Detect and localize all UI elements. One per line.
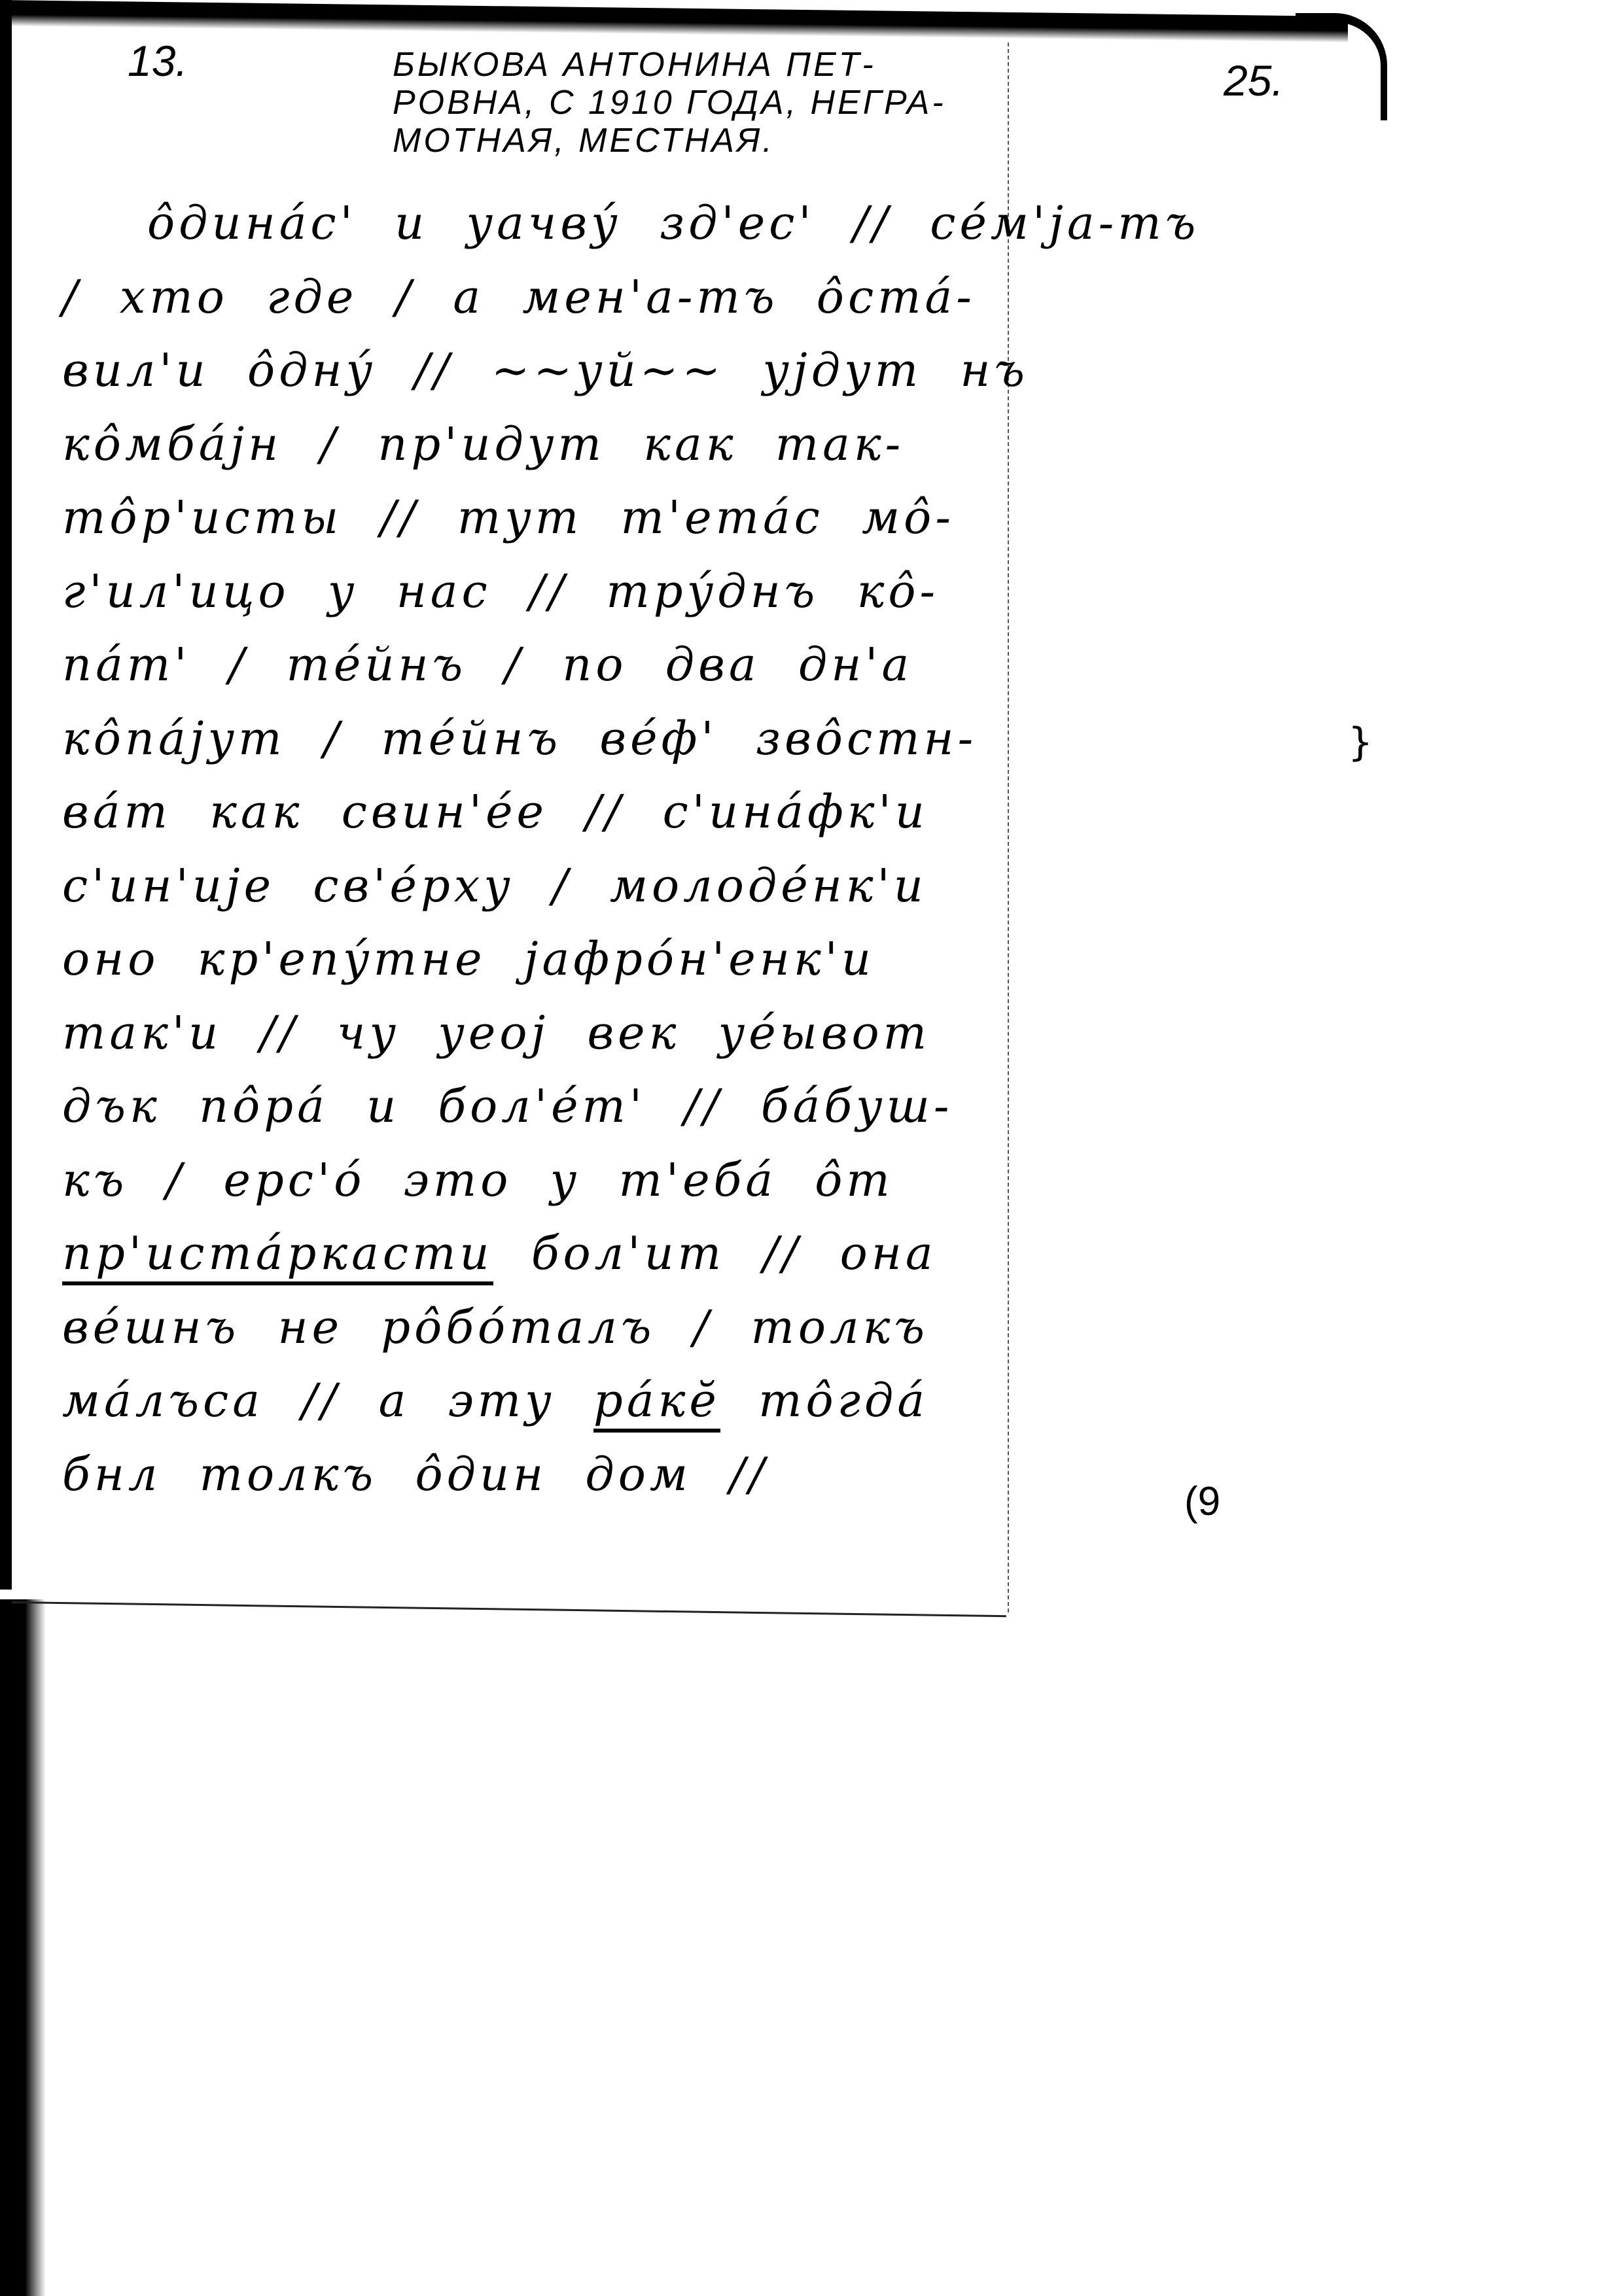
transcript-line-underlined: пр'иста́ркасти бол'ит // она (62, 1217, 1109, 1291)
record-number: 13. (128, 36, 188, 86)
page-number: 25. (1224, 56, 1284, 105)
transcript-line: ко̂мба́јн / пр'идут как так- (62, 408, 1109, 481)
transcript-line-end: то̂гда́ (758, 1374, 928, 1427)
transcript-line: так'и // чу уеој век уе́ывот (62, 996, 1109, 1070)
underlined-term: пр'иста́ркасти (62, 1226, 493, 1285)
transcript-line-start: ма́лъса // а эту (62, 1374, 593, 1427)
transcript-line: о̂дина́с' и уачву́ зд'ес' // се́м'jа-тъ (62, 186, 1109, 260)
margin-mark: } (1348, 720, 1373, 765)
transcript-line: па́т' / те́йнъ / по два дн'а (62, 628, 1109, 702)
transcript-line: къ / ерс'о́ это у т'еба́ о̂т (62, 1143, 1109, 1217)
page-corner-curl (1296, 13, 1387, 120)
transcript-line: ва́т как свин'е́е // с'ина́фк'и (62, 775, 1109, 849)
header-line: мотная, местная. (393, 122, 1080, 160)
page-bottom-edge (12, 1601, 1006, 1617)
transcript-line-underlined: ма́лъса // а эту ра́кĕ то̂гда́ (62, 1364, 1109, 1438)
transcript-line: / хто где / а мен'а-тъ о̂ста́- (62, 260, 1109, 334)
transcript-line: то̂р'исты // тут т'ета́с мо̂- (62, 481, 1109, 555)
transcript-line: дък по̂ра́ и бол'е́т' // ба́буш- (62, 1070, 1109, 1143)
transcript-line: ве́шнъ не ро̂бо́талъ / толкъ (62, 1291, 1109, 1365)
speaker-header: Быкова Антонина Пет- ровна, с 1910 года,… (393, 46, 1080, 160)
transcript-line: бнл толкъ о̂дин дом // (62, 1438, 1109, 1512)
scan-left-shadow (0, 1599, 46, 2296)
dialect-transcript: о̂дина́с' и уачву́ зд'ес' // се́м'jа-тъ … (62, 186, 1109, 1511)
header-line: ровна, с 1910 года, негра- (393, 84, 1080, 122)
transcript-line: оно кр'епу́тне јафро́н'енк'и (62, 922, 1109, 996)
transcript-line: вил'и о̂дну́ // ~~уй~~ ујдут нъ (62, 334, 1109, 408)
underlined-term: ра́кĕ (593, 1374, 720, 1433)
transcript-line: г'ил'ицо у нас // тру́днъ ко̂- (62, 555, 1109, 629)
margin-annotation: (9 (1184, 1478, 1220, 1525)
transcript-line: с'ин'ије св'е́рху / молоде́нк'и (62, 849, 1109, 923)
scan-top-edge (0, 0, 1348, 43)
transcript-line-rest: бол'ит // она (531, 1226, 937, 1280)
scan-left-edge (0, 0, 12, 1590)
margin-mark: : (1, 739, 14, 785)
header-line: Быкова Антонина Пет- (393, 46, 1080, 84)
transcript-line: ко̂па́јут / те́йнъ ве́ф' зво̂стн- (62, 702, 1109, 776)
